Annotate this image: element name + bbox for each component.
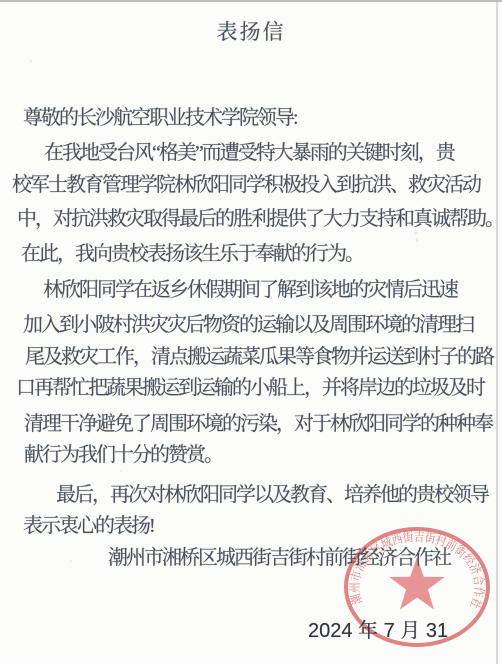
letter-title: 表扬信 [0, 16, 502, 46]
date-line: 2024 年 7 月 31 [308, 614, 448, 643]
body-line: 林欣阳同学在返乡休假期间了解到该地的灾情后迅速 [43, 273, 457, 302]
paper-speckle [30, 60, 32, 62]
body-line: 献行为我们十分的赞赏。 [24, 438, 222, 467]
body-line: 表示衷心的表扬! [23, 509, 154, 538]
body-line: 在此，我向贵校表扬该生乐于奉献的行为。 [21, 237, 363, 266]
body-line: 最后，再次对林欣阳同学以及教育、培养他的贵校领导 [56, 478, 488, 507]
body-line: 尾及救灾工作，清点搬运蔬菜瓜果等食物并运送到村子的路 [25, 340, 493, 369]
pencil-smudge [412, 231, 421, 243]
scanned-letter-page: 表扬信 尊敬的长沙航空职业技术学院领导: 在我地受台风“格美”而遭受特大暴雨的关… [0, 0, 502, 664]
body-line: 中，对抗洪救灾取得最后的胜利提供了大力支持和真诚帮助。 [17, 202, 502, 231]
body-line: 在我地受台风“格美”而遭受特大暴雨的关键时刻，贵 [44, 136, 454, 165]
body-line: 加入到小陂村洪灾灾后物资的运输以及周围环境的清理扫 [23, 308, 473, 337]
body-line: 清理干净避免了周围环境的污染，对于林欣阳同学的种种奉 [24, 407, 492, 436]
salutation-line: 尊敬的长沙航空职业技术学院领导: [23, 101, 297, 130]
body-line: 校军士教育管理学院林欣阳同学积极投入到抗洪、救灾活动 [12, 168, 480, 197]
body-line: 口再帮忙把蔬果搬运到运输的小船上，并将岸边的垃圾及时 [16, 371, 484, 400]
scan-edge-right [496, 0, 498, 664]
scan-edge-top [0, 0, 502, 2]
signature-line: 潮州市湘桥区城西街吉街村前街经济合作社 [108, 541, 450, 570]
